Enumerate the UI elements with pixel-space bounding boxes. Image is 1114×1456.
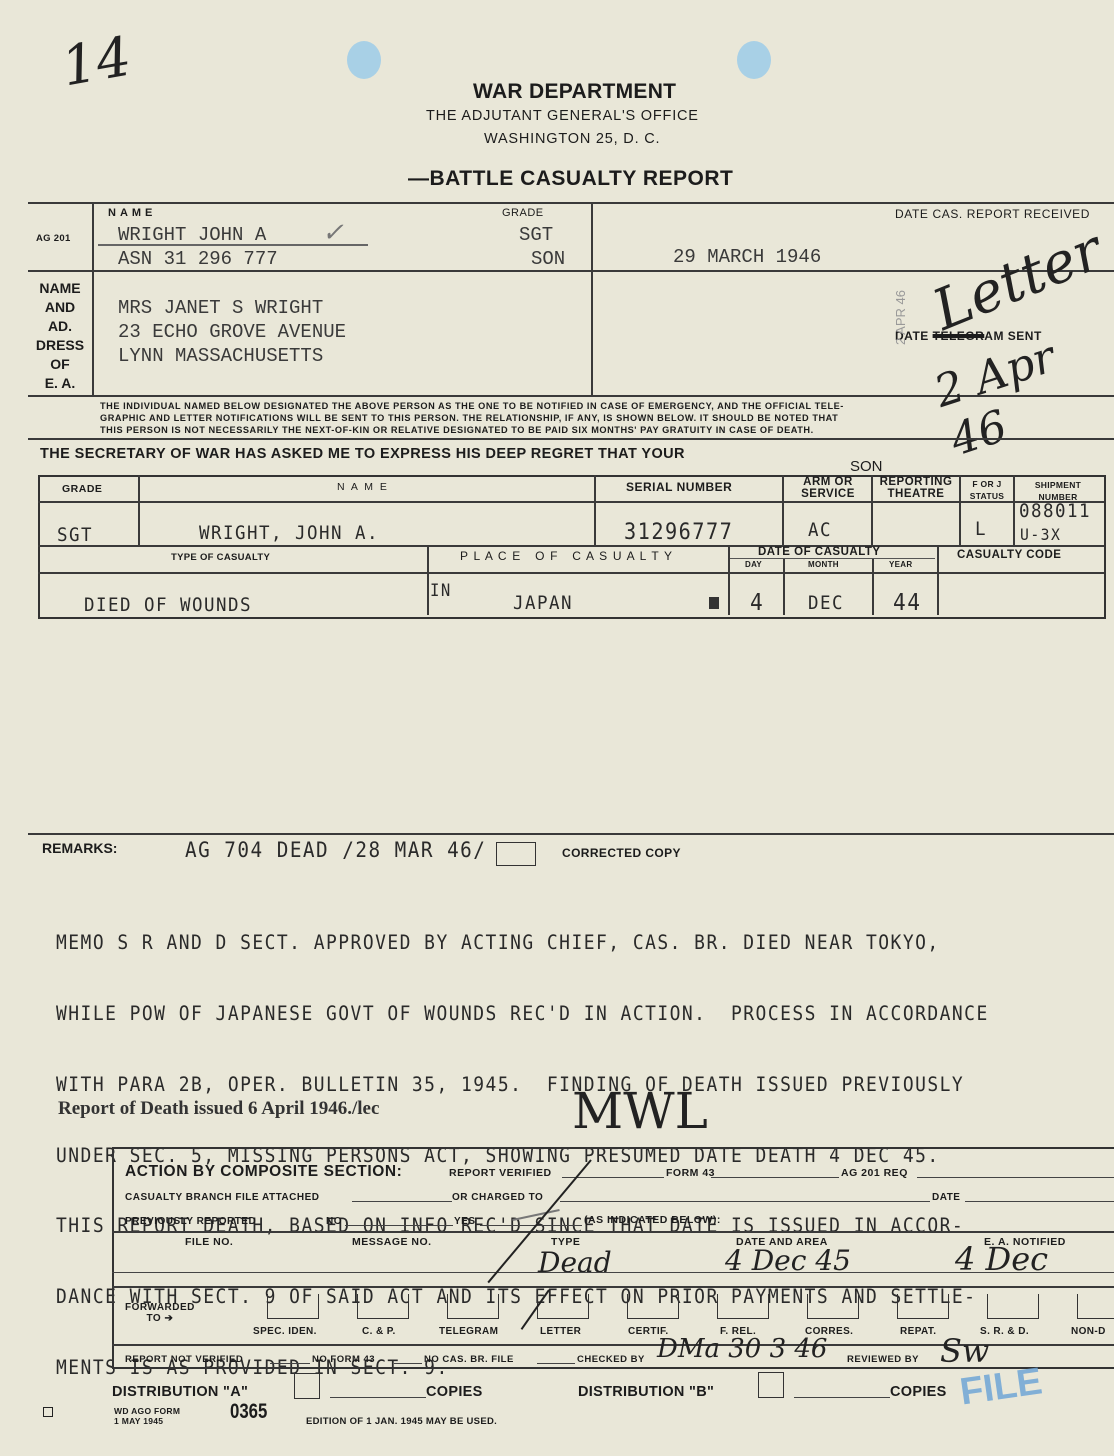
regret-relation: SON (850, 458, 883, 475)
col-name: N A M E (337, 481, 389, 493)
form-43-label: FORM 43 (666, 1167, 715, 1179)
notice-line: GRAPHIC AND LETTER NOTIFICATIONS WILL BE… (100, 412, 844, 424)
date-label: DATE (932, 1192, 960, 1203)
divider (591, 202, 593, 395)
yes-field[interactable] (480, 1225, 582, 1226)
col-date: DATE OF CASUALTY (758, 546, 881, 558)
form-43-field[interactable] (711, 1177, 839, 1178)
punch-hole-right (737, 41, 771, 79)
notice-line: THE INDIVIDUAL NAMED BELOW DESIGNATED TH… (100, 400, 844, 412)
divider (594, 475, 596, 545)
cell-status: L (975, 518, 987, 540)
cell-name: WRIGHT, JOHN A. (199, 522, 379, 544)
not-verified-label: REPORT NOT VERIFIED (125, 1354, 243, 1365)
cell-serial: 31296777 (624, 520, 733, 545)
forward-checkbox-certif[interactable] (627, 1294, 679, 1319)
charged-to-field[interactable] (560, 1201, 930, 1202)
col-status-2: STATUS (961, 490, 1013, 502)
divider (427, 545, 429, 615)
notice-line: THIS PERSON IS NOT NECESSARILY THE NEXT-… (100, 424, 844, 436)
col-shipment-1: SHIPMENT (1015, 479, 1101, 491)
cell-arm: AC (808, 519, 832, 541)
regret-statement: THE SECRETARY OF WAR HAS ASKED ME TO EXP… (40, 446, 685, 462)
forward-checkbox-c-p[interactable] (357, 1294, 409, 1319)
forward-checkbox-repat[interactable] (897, 1294, 949, 1319)
report-issued-note: Report of Death issued 6 April 1946./lec (58, 1098, 379, 1120)
message-no-label: MESSAGE NO. (352, 1236, 432, 1248)
date-received-label: DATE CAS. REPORT RECEIVED (895, 207, 1090, 221)
divider (28, 438, 1114, 440)
soldier-grade: SGT (519, 224, 553, 246)
ea-label-line: OF (28, 355, 92, 374)
forward-label: C. & P. (362, 1326, 396, 1337)
reference-box (496, 842, 536, 866)
date-field[interactable] (965, 1201, 1114, 1202)
cell-grade: SGT (57, 524, 93, 546)
type-value: Dead (538, 1246, 612, 1279)
remarks-line: WHILE POW OF JAPANESE GOVT OF WOUNDS REC… (56, 1002, 989, 1026)
yes-label: YES (454, 1216, 476, 1227)
col-year: YEAR (889, 560, 912, 569)
ag-201-req-field[interactable] (917, 1177, 1114, 1178)
divider (783, 558, 785, 615)
col-serial: SERIAL NUMBER (626, 480, 732, 494)
no-cas-file-label: NO CAS. BR. FILE (424, 1354, 514, 1365)
divider (38, 501, 1104, 503)
cell-month: DEC (808, 592, 844, 614)
ea-city: LYNN MASSACHUSETTS (118, 344, 346, 368)
divider (782, 475, 784, 545)
ag-201-label: AG 201 (36, 233, 71, 244)
arrow-right-icon: ➔ (164, 1313, 173, 1324)
divider (728, 545, 730, 615)
divider (112, 1272, 1114, 1273)
small-square-mark (43, 1407, 53, 1417)
col-type: TYPE OF CASUALTY (171, 552, 270, 563)
file-no-label: FILE NO. (185, 1236, 233, 1248)
ea-label-line: E. A. (28, 374, 92, 393)
ea-label: NAME AND AD. DRESS OF E. A. (28, 279, 92, 393)
ea-address: MRS JANET S WRIGHT 23 ECHO GROVE AVENUE … (118, 296, 346, 368)
cell-shipment-1: 088011 (1019, 500, 1091, 522)
distribution-b-copies-label: COPIES (890, 1384, 947, 1400)
action-title: ACTION BY COMPOSITE SECTION: (125, 1163, 402, 1181)
forward-checkbox-non-d[interactable] (1077, 1294, 1114, 1319)
ea-label-line: AD. (28, 317, 92, 336)
divider (38, 545, 1104, 547)
forward-label: SPEC. IDEN. (253, 1326, 317, 1337)
ag-201-req-label: AG 201 REQ (841, 1167, 908, 1179)
divider (730, 558, 935, 559)
remarks-line: MEMO S R AND D SECT. APPROVED BY ACTING … (56, 931, 989, 955)
distribution-a-copies-label: COPIES (426, 1384, 483, 1400)
not-verified-field[interactable] (270, 1363, 310, 1364)
col-day: DAY (745, 560, 762, 569)
distribution-b-label: DISTRIBUTION "B" (578, 1384, 714, 1400)
forward-label: NON-D (1071, 1326, 1106, 1337)
forward-checkbox-spec-iden[interactable] (267, 1294, 319, 1319)
ea-street: 23 ECHO GROVE AVENUE (118, 320, 346, 344)
to-text: TO (146, 1313, 161, 1324)
checked-by-value: DMa 30 3 46 (657, 1334, 827, 1364)
divider (92, 202, 94, 395)
handwritten-page-number: 14 (57, 25, 136, 99)
col-status-1: F OR J (961, 478, 1013, 490)
file-attached-field[interactable] (352, 1201, 452, 1202)
report-verified-label: REPORT VERIFIED (449, 1167, 552, 1179)
distribution-a-checkbox[interactable] (294, 1373, 320, 1399)
name-label: NAME (108, 207, 156, 219)
no-label: NO (326, 1216, 342, 1227)
handwritten-initials: MWL (572, 1082, 708, 1140)
charged-to-label: OR CHARGED TO (452, 1192, 543, 1203)
notice-text: THE INDIVIDUAL NAMED BELOW DESIGNATED TH… (100, 400, 844, 436)
form-label: WD AGO FORM 1 MAY 1945 (114, 1406, 180, 1426)
col-theatre-2: THEATRE (872, 488, 960, 500)
cell-year: 44 (893, 590, 921, 616)
reviewed-by-label: REVIEWED BY (847, 1354, 919, 1365)
remarks-line: WITH PARA 2B, OPER. BULLETIN 35, 1945. F… (56, 1073, 989, 1097)
distribution-b-copies-field[interactable] (794, 1397, 890, 1398)
distribution-b-checkbox[interactable] (758, 1372, 784, 1398)
form-label-2: 1 MAY 1945 (114, 1416, 180, 1426)
soldier-asn: ASN 31 296 777 (118, 248, 278, 270)
relationship: SON (531, 248, 565, 270)
divider (937, 545, 939, 615)
divider (38, 572, 1104, 574)
col-theatre: REPORTINGTHEATRE (872, 476, 960, 500)
corrected-copy-label: CORRECTED COPY (562, 846, 681, 860)
no-cas-file-field[interactable] (537, 1363, 575, 1364)
forward-checkbox-telegram[interactable] (447, 1294, 499, 1319)
reviewed-by-value: Sw (940, 1332, 989, 1370)
forward-label: TELEGRAM (439, 1326, 498, 1337)
col-grade: GRADE (62, 483, 102, 495)
ea-label-line: AND (28, 298, 92, 317)
forward-label: LETTER (540, 1326, 581, 1337)
forward-checkbox-letter[interactable] (537, 1294, 589, 1319)
distribution-a-copies-field[interactable] (330, 1397, 426, 1398)
no-form-43-field[interactable] (394, 1363, 422, 1364)
department-heading: WAR DEPARTMENT (473, 80, 676, 104)
handwritten-mark: ✓ (322, 218, 344, 248)
cell-place: JAPAN (513, 592, 573, 614)
remarks-reference: AG 704 DEAD /28 MAR 46/ (185, 838, 486, 862)
typed-block-mark (709, 597, 719, 609)
cell-type: DIED OF WOUNDS (84, 594, 252, 616)
grade-label: GRADE (502, 207, 544, 219)
soldier-name: WRIGHT JOHN A (118, 224, 266, 246)
forward-checkbox-f-rel[interactable] (717, 1294, 769, 1319)
edition-note: EDITION OF 1 JAN. 1945 MAY BE USED. (306, 1416, 497, 1427)
ea-name: MRS JANET S WRIGHT (118, 296, 346, 320)
forwarded-text: FORWARDED (125, 1302, 195, 1313)
ea-label-line: DRESS (28, 336, 92, 355)
ea-label-line: NAME (28, 279, 92, 298)
forward-label: REPAT. (900, 1326, 936, 1337)
col-arm-1: ARM OR (786, 476, 870, 488)
previously-reported-label: PREVIOUSLY REPORTED (125, 1216, 256, 1227)
cell-place-prefix: IN (430, 581, 452, 601)
col-status: F OR JSTATUS (961, 478, 1013, 502)
remarks-label: REMARKS: (42, 840, 117, 856)
report-title-text: BATTLE CASUALTY REPORT (430, 167, 734, 190)
no-field[interactable] (345, 1225, 453, 1226)
col-arm: ARM ORSERVICE (786, 476, 870, 500)
col-month: MONTH (808, 560, 839, 569)
col-code: CASUALTY CODE (957, 549, 1061, 561)
forward-checkbox-srd[interactable] (987, 1294, 1039, 1319)
divider (28, 202, 1114, 204)
form-number: 0365 (230, 1400, 267, 1424)
forward-checkbox-corres[interactable] (807, 1294, 859, 1319)
forwarded-label: FORWARDED TO ➔ (125, 1302, 195, 1324)
office-heading: THE ADJUTANT GENERAL'S OFFICE (426, 108, 699, 124)
checked-by-label: CHECKED BY (577, 1354, 645, 1365)
report-title: —BATTLE CASUALTY REPORT (408, 167, 733, 191)
divider (112, 1231, 1114, 1233)
file-attached-label: CASUALTY BRANCH FILE ATTACHED (125, 1192, 320, 1203)
col-place: P L A C E O F C A S U A L T Y (460, 549, 673, 563)
no-form-43-label: NO FORM 43 (312, 1354, 375, 1365)
col-theatre-1: REPORTING (872, 476, 960, 488)
divider (138, 475, 140, 545)
cell-day: 4 (750, 590, 764, 616)
punch-hole-left (347, 41, 381, 79)
divider (28, 833, 1114, 835)
form-label-1: WD AGO FORM (114, 1406, 180, 1416)
divider (872, 558, 874, 615)
date-received-value: 29 MARCH 1946 (673, 246, 821, 268)
vertical-date-stamp: 2 APR 46 (893, 290, 908, 345)
cell-shipment-2: U-3X (1020, 525, 1061, 544)
divider (112, 1286, 1114, 1288)
as-indicated-label: (AS INDICATED BELOW): (584, 1214, 721, 1226)
col-arm-2: SERVICE (786, 488, 870, 500)
distribution-a-label: DISTRIBUTION "A" (112, 1384, 248, 1400)
address-heading: WASHINGTON 25, D. C. (484, 131, 660, 147)
